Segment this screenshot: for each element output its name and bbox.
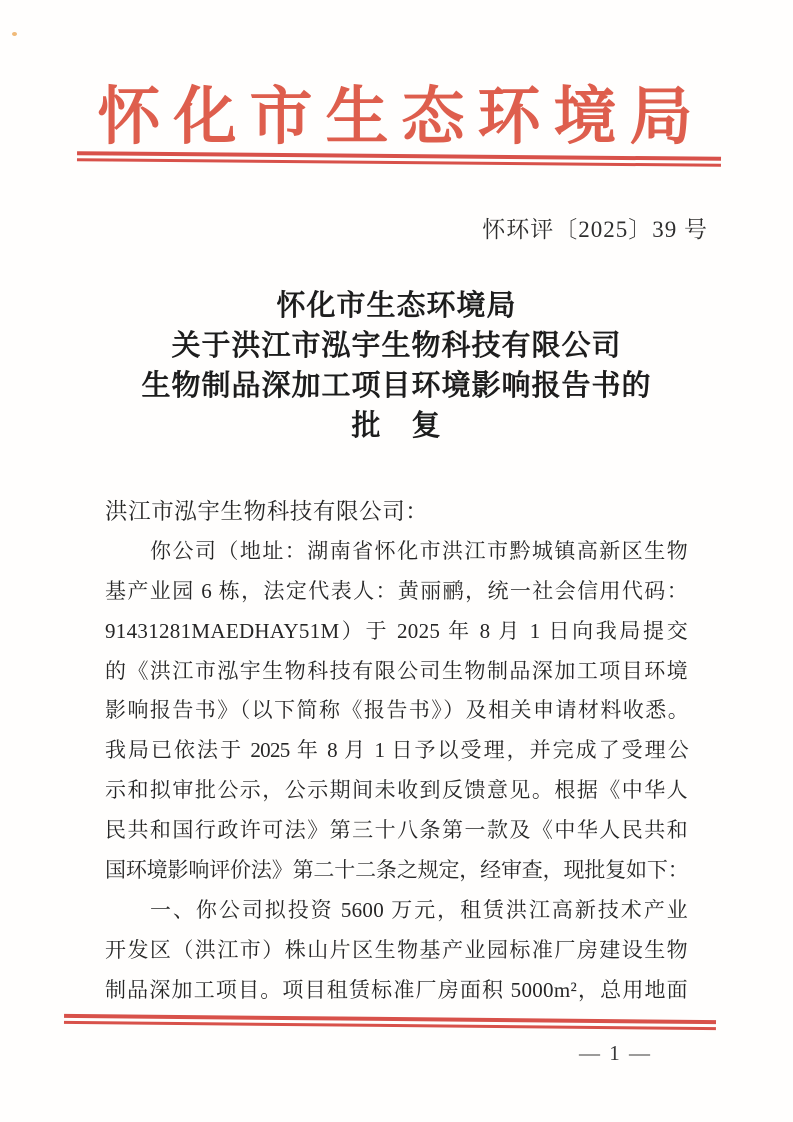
scan-speck [12,32,17,36]
body-line: 国环境影响评价法》第二十二条之规定，经审查，现批复如下： [105,851,688,891]
salutation-line: 洪江市泓宇生物科技有限公司： [105,492,688,532]
body-line: 基产业园 6 栋，法定代表人：黄丽鹂，统一社会信用代码： [105,572,688,612]
footer-rule [64,1014,716,1030]
body-line: 我局已依法于 2025 年 8 月 1 日予以受理，并完成了受理公 [105,731,688,771]
document-number: 怀环评〔2025〕39 号 [482,211,708,244]
body-line: 你公司（地址：湖南省怀化市洪江市黔城镇高新区生物 [105,532,688,572]
body-line: 一、你公司拟投资 5600 万元，租赁洪江高新技术产业 [105,891,688,931]
body-line: 开发区（洪江市）株山片区生物基产业园标准厂房建设生物 [105,931,688,971]
document-title: 怀化市生态环境局 关于洪江市泓宇生物科技有限公司 生物制品深加工项目环境影响报告… [0,286,793,446]
agency-header-title: 怀化市生态环境局 [0,66,793,157]
body-line: 影响报告书》（以下简称《报告书》）及相关申请材料收悉。 [105,691,688,731]
document-page: 怀化市生态环境局 怀环评〔2025〕39 号 怀化市生态环境局 关于洪江市泓宇生… [0,0,793,1122]
page-number: — 1 — [579,1041,652,1066]
title-line-3: 生物制品深加工项目环境影响报告书的 [0,366,793,406]
title-line-1: 怀化市生态环境局 [0,286,793,326]
title-line-4: 批 复 [0,406,793,446]
body-text: 洪江市泓宇生物科技有限公司： 你公司（地址：湖南省怀化市洪江市黔城镇高新区生物 … [105,492,688,1011]
body-line: 民共和国行政许可法》第三十八条第一款及《中华人民共和 [105,811,688,851]
title-line-2: 关于洪江市泓宇生物科技有限公司 [0,326,793,366]
body-line: 的《洪江市泓宇生物科技有限公司生物制品深加工项目环境 [105,652,688,692]
body-line: 91431281MAEDHAY51M）于 2025 年 8 月 1 日向我局提交 [105,612,688,652]
body-line: 制品深加工项目。项目租赁标准厂房面积 5000m²，总用地面 [105,971,688,1011]
body-line: 示和拟审批公示，公示期间未收到反馈意见。根据《中华人 [105,771,688,811]
